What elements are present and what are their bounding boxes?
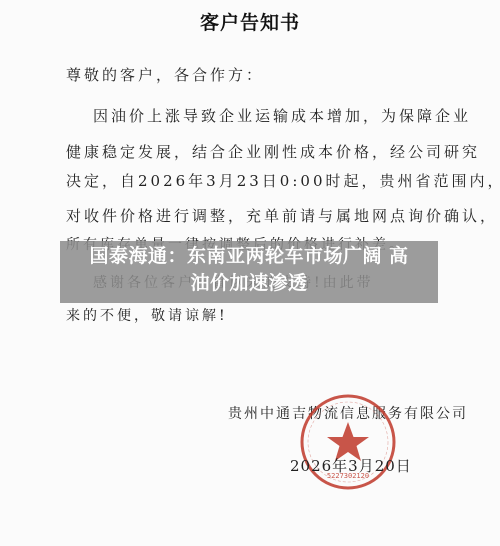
body-line-1: 因油价上涨导致企业运输成本增加，为保障企业 [93,105,471,126]
body-line-3: 决定，自2026年3月23日0:00时起，贵州省范围内， [66,170,500,191]
document-title: 客户告知书 [0,8,500,35]
body-line-4: 对收件价格进行调整，充单前请与属地网点询价确认， [66,205,498,226]
body-line-2: 健康稳定发展，结合企业刚性成本价格，经公司研究 [66,141,480,162]
headline-line-2: 油价加速渗透 [60,270,438,297]
company-seal-icon: 5227302120 [298,392,398,492]
document-date: 2026年3月20日 [290,455,412,476]
body-line-7: 来的不便，敬请谅解! [66,305,228,325]
headline-overlay-text: 国泰海通：东南亚两轮车市场广阔 高 油价加速渗透 [60,243,438,297]
salutation: 尊敬的客户，各合作方： [66,64,264,85]
headline-line-1: 国泰海通：东南亚两轮车市场广阔 高 [60,243,438,270]
